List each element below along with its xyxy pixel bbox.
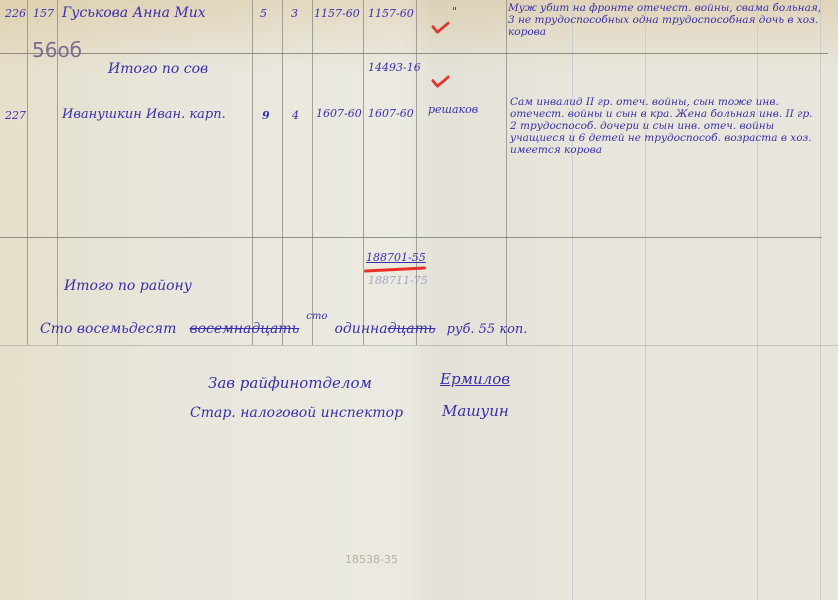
words-struck: восемнадцать [189,321,299,337]
district-total-label: Итого по району [64,279,192,293]
grid-col-line [506,0,507,345]
signature-title-1: Зав райфинотделом [208,376,372,391]
person-name: Гуськова Анна Мих [62,6,206,20]
grid-col-line [252,0,253,345]
amount-2: 1157-60 [368,8,414,19]
district-total-old-value: 188711-75 [368,275,428,286]
amount-1: 1607-60 [316,108,362,119]
grid-row-line [0,345,838,346]
grid-faint-line [757,0,758,600]
row-number: 226 [5,8,26,19]
row-note: Сам инвалид II гр. отеч. войны, сын тоже… [510,96,815,156]
row-note: Муж убит на фронте отечест. войны, свама… [508,2,828,38]
col-b-value: 4 [292,110,299,121]
grid-row-line [0,53,828,54]
words-struck-2: дцать [388,321,436,337]
grid-row-line [0,237,822,238]
archive-stamp: 18538-35 [345,553,398,566]
grid-col-line [312,0,313,345]
grid-col-line [363,0,364,345]
amount-in-words: Сто восемьдесят восемнадцать сто одиннад… [40,318,527,337]
words-middle: одинна [335,321,388,337]
pencil-page-note: 56об [32,38,82,62]
col-a-value: 5 [260,8,267,19]
ditto-mark: " [452,6,457,17]
signature-title-2: Стар. налоговой инспектор [190,406,403,420]
amount-1: 1157-60 [314,8,360,19]
person-name: Иванушкин Иван. карп. [62,108,226,121]
entry-number: 157 [33,8,54,19]
row-number: 227 [5,110,26,121]
amount-2: 1607-60 [368,108,414,119]
col-a-value: 9 [262,110,270,121]
signature-1: Ермилов [440,372,510,387]
subtotal-label: Итого по сов [108,62,208,76]
grid-col-line [27,0,28,345]
grid-faint-line [820,0,821,600]
col-b-value: 3 [291,8,298,19]
grid-col-line [416,0,417,345]
grid-faint-line [645,0,646,600]
check-mark-icon [431,16,450,35]
district-total-value: 188701-55 [366,252,426,263]
check-mark-icon [431,70,450,89]
subtotal-value: 14493-16 [368,62,421,73]
words-prefix: Сто восемьдесят [40,321,176,337]
grid-faint-line [572,0,573,600]
signature-2: Машуин [442,404,509,419]
words-suffix: руб. 55 коп. [447,322,528,337]
decision-mark: решаков [428,104,478,115]
grid-col-line [282,0,283,345]
words-insert: сто [306,311,327,322]
